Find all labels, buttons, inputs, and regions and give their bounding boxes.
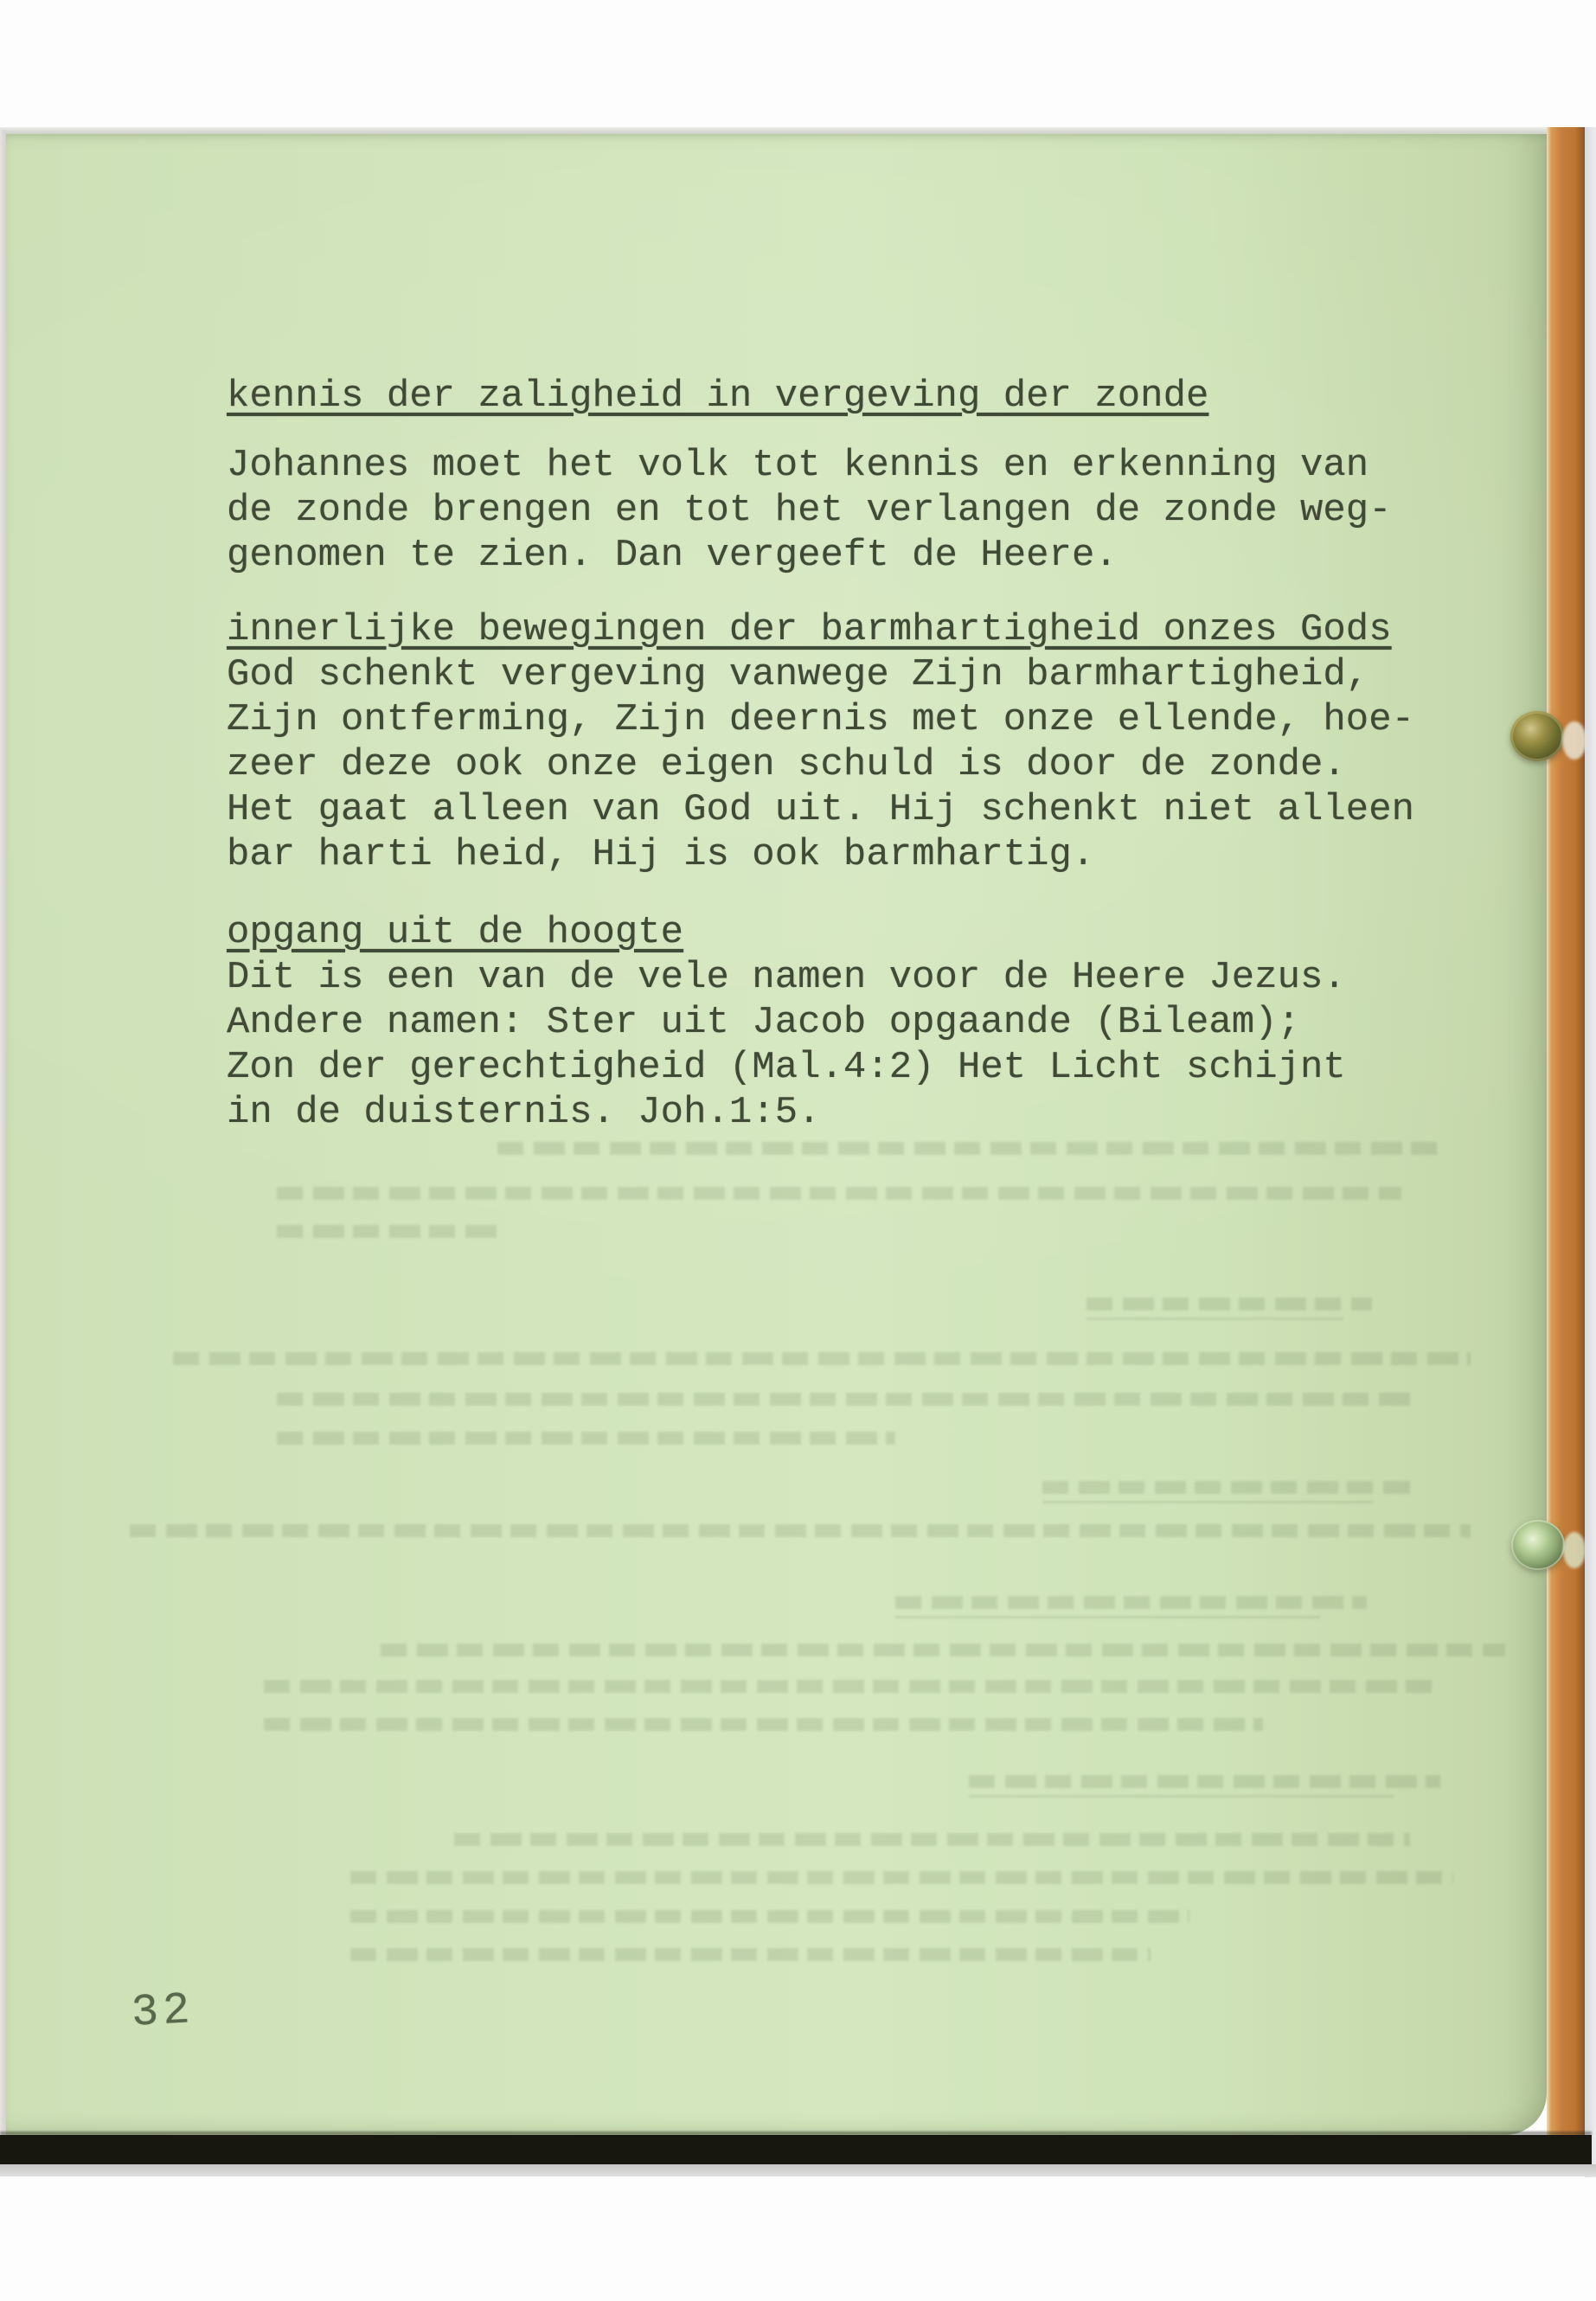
binding-grommet-top: [1510, 711, 1564, 761]
bleed-through-line: [381, 1644, 1505, 1657]
bleed-through-line: [264, 1718, 1263, 1731]
section-opgang: opgang uit de hoogte Dit is een van de v…: [227, 910, 1346, 1135]
bleed-through-line: [277, 1225, 497, 1238]
text-line: Zon der gerechtigheid (Mal.4:2) Het Lich…: [227, 1046, 1346, 1089]
text-line: genomen te zien. Dan vergeeft de Heere.: [227, 534, 1118, 577]
bleed-through-line: [1042, 1481, 1410, 1494]
bleed-through-line: [1086, 1298, 1372, 1311]
text-line: Andere namen: Ster uit Jacob opgaande (B…: [227, 1001, 1300, 1044]
scanned-book-page-photo: kennis der zaligheid in vergeving der zo…: [0, 0, 1596, 2301]
text-line: Dit is een van de vele namen voor de Hee…: [227, 956, 1346, 999]
text-line: God schenkt vergeving vanwege Zijn barmh…: [227, 653, 1368, 696]
bleed-through-line: [350, 1910, 1189, 1923]
section-kennis: kennis der zaligheid in vergeving der zo…: [227, 374, 1392, 578]
book-pages-edge-band: [0, 2135, 1592, 2164]
bleed-through-line: [895, 1596, 1367, 1609]
scan-right-margin: [1585, 127, 1596, 2177]
text-line: Zijn ontferming, Zijn deernis met onze e…: [227, 698, 1414, 741]
bleed-through-line: [173, 1352, 1471, 1365]
section-heading: kennis der zaligheid in vergeving der zo…: [227, 374, 1392, 419]
bleed-through-line: [277, 1187, 1401, 1200]
binding-grommet-bottom: [1511, 1520, 1565, 1570]
text-line: de zonde brengen en tot het verlangen de…: [227, 489, 1392, 532]
bleed-through-line: [350, 1948, 1151, 1961]
bleed-through-line: [264, 1680, 1440, 1693]
section-heading: innerlijke bewegingen der barmhartigheid…: [227, 608, 1392, 651]
table-surface-line: [0, 2164, 1596, 2176]
bleed-through-line: [497, 1142, 1440, 1155]
bleed-through-line: [277, 1393, 1410, 1406]
bleed-through-line: [454, 1833, 1410, 1846]
text-line: Johannes moet het volk tot kennis en erk…: [227, 444, 1368, 487]
section-innerlijke: innerlijke bewegingen der barmhartigheid…: [227, 607, 1414, 877]
bleed-through-line: [350, 1871, 1453, 1884]
bleed-through-line: [969, 1775, 1440, 1788]
page-number: 32: [131, 1984, 195, 2039]
section-heading: opgang uit de hoogte: [227, 911, 683, 954]
bleed-through-line: [130, 1524, 1471, 1537]
text-line: Het gaat alleen van God uit. Hij schenkt…: [227, 788, 1414, 831]
book-binding-edge: [1547, 127, 1585, 2156]
text-line: in de duisternis. Joh.1:5.: [227, 1091, 821, 1134]
bleed-through-line: [277, 1432, 895, 1445]
underlying-page-sliver: [0, 130, 6, 2164]
text-line: bar harti heid, Hij is ook barmhartig.: [227, 833, 1094, 876]
text-line: zeer deze ook onze eigen schuld is door …: [227, 743, 1346, 786]
